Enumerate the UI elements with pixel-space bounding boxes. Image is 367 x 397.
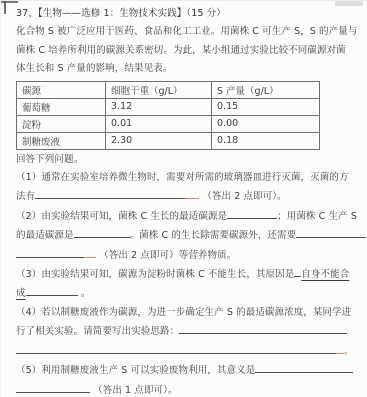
question-5-line-2: （答出 1 点即可）。 <box>16 381 355 397</box>
table-header-dry-weight: 细胞干重（g/L） <box>106 81 212 98</box>
question-2-text: ；用菌株 C 生产 S <box>277 211 357 222</box>
intro-line-2: 菌株 C 培养所利用的碳源关系密切。为此，某小组通过实验比较不同碳源对菌 <box>16 42 355 60</box>
exam-paper-page: 37、【生物——选修 1：生物技术实践】（15 分） 化合物 S 被广泛应用于医… <box>0 0 367 397</box>
table-cell: 2.30 <box>106 132 212 149</box>
question-1-text: 法有 <box>16 191 35 202</box>
answer-blank <box>16 381 90 393</box>
answer-blank <box>296 226 366 238</box>
question-5-note: （答出 1 点即可）。 <box>93 385 177 396</box>
answer-blank <box>336 342 344 354</box>
filled-answer: 自身不能合 <box>301 269 349 280</box>
results-table: 碳源 细胞干重（g/L） S 产量（g/L） 葡萄糖 3.12 0.15 淀粉 … <box>16 81 320 150</box>
table-cell: 0.18 <box>212 132 320 149</box>
question-4-line-2: 行了相关实验。请简要写出实验思路： <box>16 322 355 341</box>
question-2-note: （答出 2 点即可）等营养物质。 <box>99 250 236 261</box>
question-4-period: 。 <box>344 346 354 357</box>
intro-line-1: 化合物 S 被广泛应用于医药、食品和化工工业。用菌株 C 可生产 S，S 的产量… <box>16 23 355 41</box>
question-37-block: 37、【生物——选修 1：生物技术实践】（15 分） 化合物 S 被广泛应用于医… <box>16 5 355 397</box>
answer-blank <box>74 226 130 238</box>
question-3-line-2: 成 。 <box>16 284 355 303</box>
question-1-note: （答出 2 点即可）。 <box>202 191 286 202</box>
question-2-text: （2）由实验结果可知，菌株 C 生长的最适碳源是 <box>16 211 227 222</box>
table-row: 淀粉 0.01 0.00 <box>17 115 320 132</box>
answer-blank <box>35 187 185 199</box>
question-1-line-2: 法有 （答出 2 点即可）。 <box>16 187 355 206</box>
table-cell: 制糖废液 <box>17 132 106 149</box>
filled-answer: 成 <box>16 288 26 299</box>
table-header-carbon-source: 碳源 <box>17 81 106 98</box>
question-2-text: 的最适碳源是 <box>16 230 74 241</box>
table-cell: 0.15 <box>212 98 320 115</box>
scan-artifact-corner-horizontal <box>1 1 18 3</box>
table-cell: 0.01 <box>106 115 212 132</box>
intro-line-3: 体生长和 S 产量的影响，结果见表。 <box>16 60 355 78</box>
question-5-line-1: （5）利用制糖废液生产 S 可以实验废物利用，其意义是 <box>16 361 355 380</box>
answer-blank <box>16 342 336 354</box>
table-cell: 0.00 <box>212 115 320 132</box>
answer-blank <box>185 187 199 199</box>
question-2-line-3: （答出 2 点即可）等营养物质。 <box>16 246 355 265</box>
answer-blank <box>16 246 84 258</box>
question-4-line-1: （4）若以制糖废液作为碳源，为进一步确定生产 S 的最适碳源浓度，某同学进 <box>16 304 355 322</box>
table-cell: 葡萄糖 <box>17 98 106 115</box>
answer-blank <box>255 361 353 373</box>
question-2-line-2: 的最适碳源是。菌株 C 的生长除需要碳源外，还需要 <box>16 226 355 245</box>
question-4-line-3: 。 <box>16 342 355 361</box>
question-4-text: 行了相关实验。请简要写出实验思路： <box>16 326 179 337</box>
answer-blank <box>84 246 96 258</box>
question-3-line-1: （3）由实验结果可知，碳源为淀粉时菌株 C 不能生长，其原因是自身不能合 <box>16 265 355 284</box>
table-header-row: 碳源 细胞干重（g/L） S 产量（g/L） <box>17 81 320 98</box>
answer-blank <box>179 322 347 334</box>
answer-blank <box>227 207 277 219</box>
question-2-line-1: （2）由实验结果可知，菌株 C 生长的最适碳源是；用菌株 C 生产 S <box>16 207 355 226</box>
table-row: 制糖废液 2.30 0.18 <box>17 132 320 149</box>
table-header-s-yield: S 产量（g/L） <box>212 81 320 98</box>
answer-prompt: 回答下列问题。 <box>16 151 355 169</box>
question-title: 37、【生物——选修 1：生物技术实践】（15 分） <box>16 5 355 23</box>
answer-blank <box>26 284 78 296</box>
question-3-text: 。 <box>81 288 91 299</box>
table-cell: 淀粉 <box>17 115 106 132</box>
question-5-text: （5）利用制糖废液生产 S 可以实验废物利用，其意义是 <box>16 365 255 376</box>
question-3-text: （3）由实验结果可知，碳源为淀粉时菌株 C 不能生长，其原因是 <box>16 269 294 280</box>
question-1-line-1: （1）通常在实验室培养微生物时，需要对所需的玻璃器皿进行灭菌，灭菌的方 <box>16 169 355 187</box>
question-2-text: 。菌株 C 的生长除需要碳源外，还需要 <box>130 230 297 241</box>
table-cell: 3.12 <box>106 98 212 115</box>
table-row: 葡萄糖 3.12 0.15 <box>17 98 320 115</box>
